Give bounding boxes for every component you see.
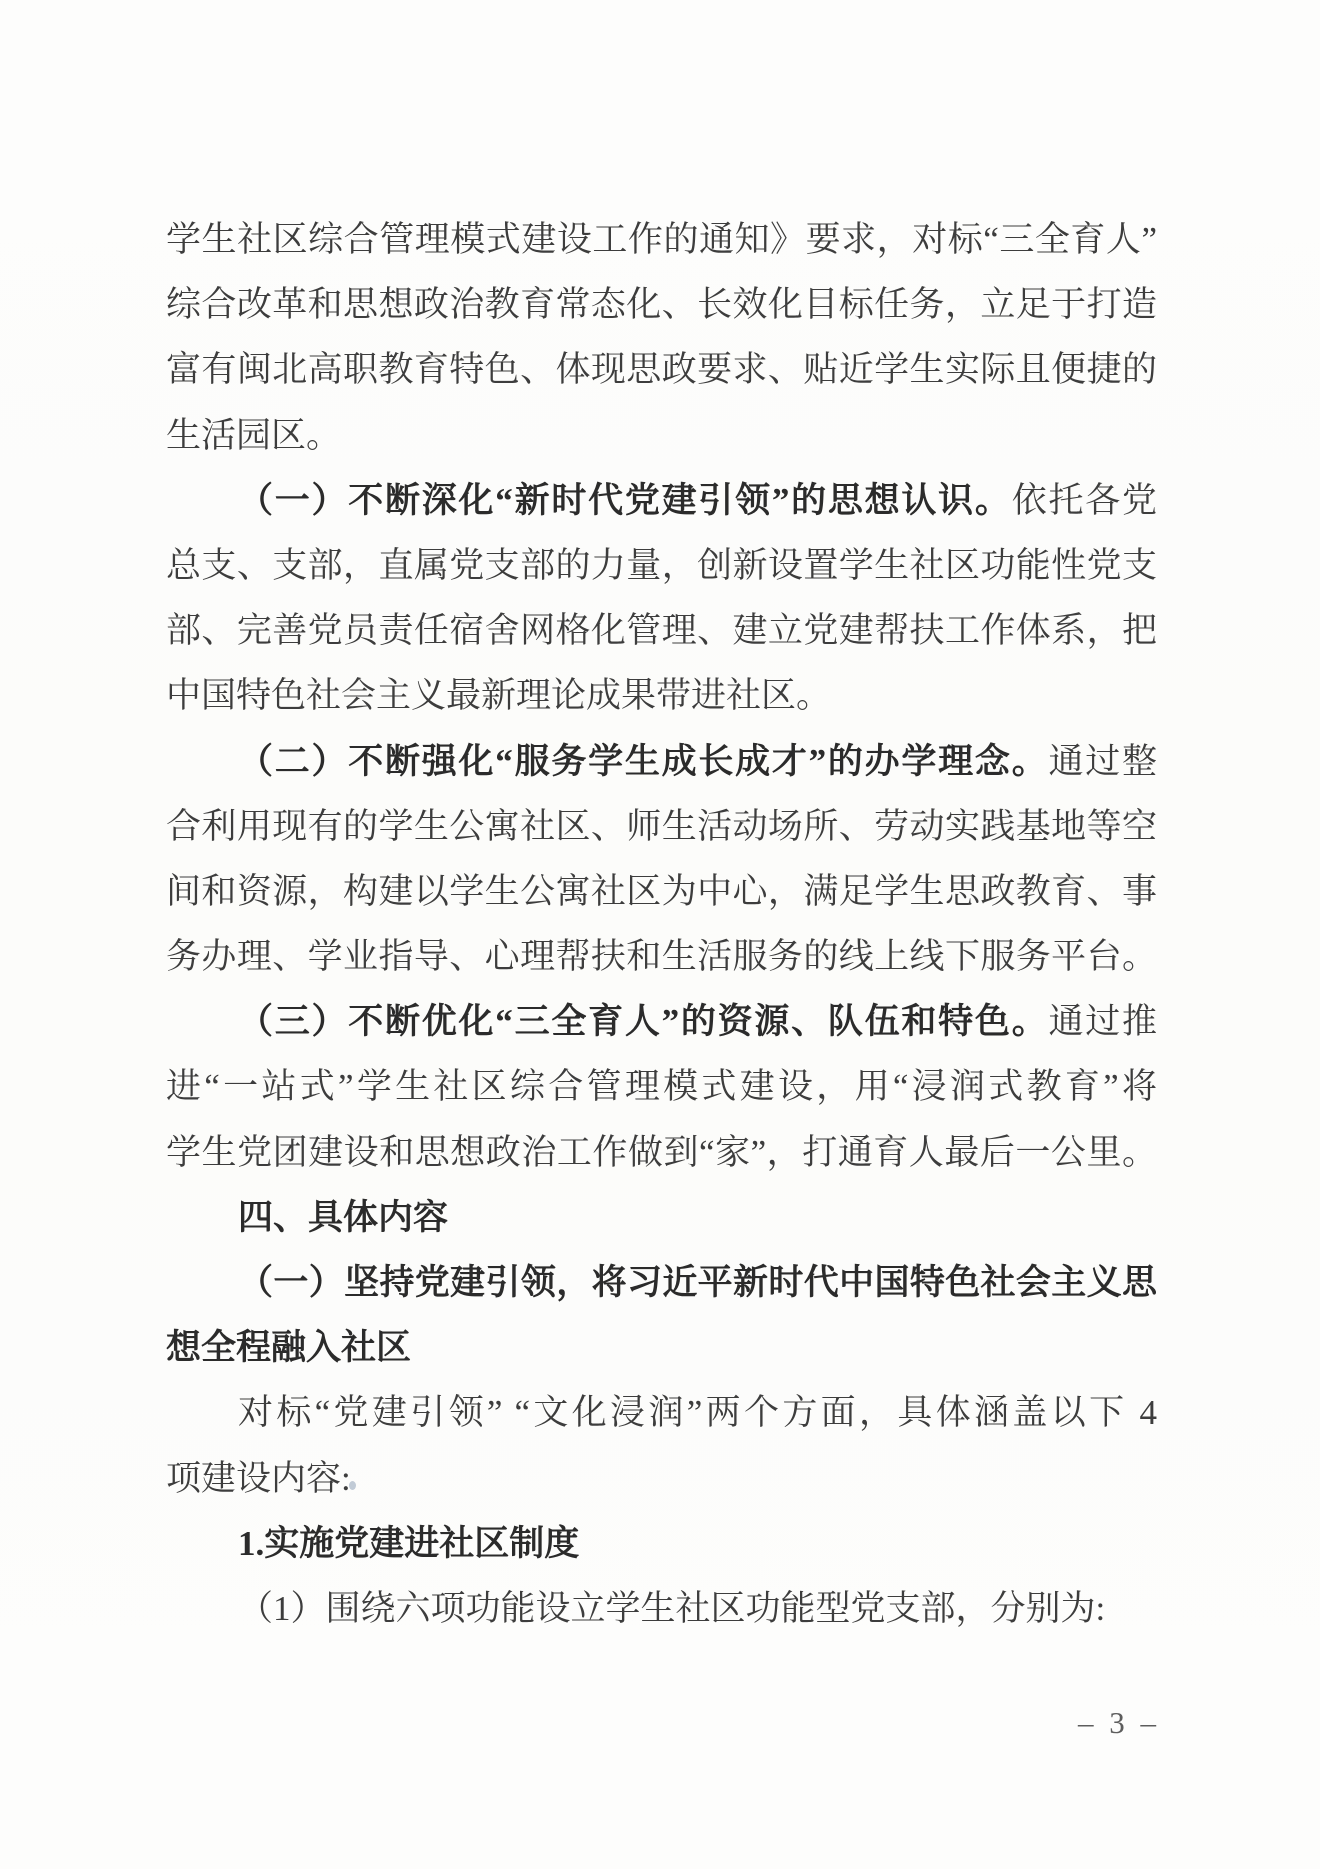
body-text: 学生党团建设和思想政治工作做到“家”，打通育人最后一公里。 — [166, 1133, 1157, 1172]
body-line: 部、完善党员责任宿舍网格化管理、建立党建帮扶工作体系，把 — [166, 598, 1157, 663]
subheading-text: （一）不断深化“新时代党建引领”的思想认识。 — [238, 481, 1012, 520]
body-text: 中国特色社会主义最新理论成果带进社区。 — [166, 676, 831, 715]
body-text: 通过整 — [1048, 742, 1157, 781]
page-number: – 3 – — [1078, 1705, 1160, 1741]
body-text: 综合改革和思想政治教育常态化、长效化目标任务，立足于打造 — [166, 285, 1157, 324]
body-text: 合利用现有的学生公寓社区、师生活动场所、劳动实践基地等空 — [166, 807, 1157, 846]
body-text: 总支、支部，直属党支部的力量，创新设置学生社区功能性党支 — [166, 546, 1157, 585]
body-line: 总支、支部，直属党支部的力量，创新设置学生社区功能性党支 — [166, 533, 1157, 598]
body-text: 生活园区。 — [166, 416, 341, 455]
section-heading-line: 四、具体内容 — [166, 1185, 1157, 1250]
scan-speck — [349, 1481, 356, 1490]
body-text: 间和资源，构建以学生公寓社区为中心，满足学生思政教育、事 — [166, 872, 1157, 911]
body-line: 务办理、学业指导、心理帮扶和生活服务的线上线下服务平台。 — [166, 924, 1157, 989]
body-line: 中国特色社会主义最新理论成果带进社区。 — [166, 663, 1157, 728]
body-line: 间和资源，构建以学生公寓社区为中心，满足学生思政教育、事 — [166, 859, 1157, 924]
body-text: 富有闽北高职教育特色、体现思政要求、贴近学生实际且便捷的 — [166, 350, 1157, 389]
paragraph-lead-line: （三）不断优化“三全育人”的资源、队伍和特色。通过推 — [166, 989, 1157, 1054]
subsection-heading-line: （一）坚持党建引领，将习近平新时代中国特色社会主义思 — [166, 1250, 1157, 1315]
item-heading-line: 1.实施党建进社区制度 — [166, 1511, 1157, 1576]
body-text: 学生社区综合管理模式建设工作的通知》要求，对标“三全育人” — [166, 220, 1157, 259]
paragraph-lead-line: （二）不断强化“服务学生成长成才”的办学理念。通过整 — [166, 729, 1157, 794]
body-text: 进“一站式”学生社区综合管理模式建设，用“浸润式教育”将 — [166, 1067, 1157, 1106]
subsection-heading-text: 想全程融入社区 — [166, 1328, 411, 1367]
body-line: 富有闽北高职教育特色、体现思政要求、贴近学生实际且便捷的 — [166, 337, 1157, 402]
body-line: 合利用现有的学生公寓社区、师生活动场所、劳动实践基地等空 — [166, 794, 1157, 859]
body-text: 务办理、学业指导、心理帮扶和生活服务的线上线下服务平台。 — [166, 937, 1157, 976]
body-text: 通过推 — [1048, 1002, 1157, 1041]
subheading-text: （二）不断强化“服务学生成长成才”的办学理念。 — [238, 742, 1048, 781]
body-text: （1）围绕六项功能设立学生社区功能型党支部，分别为: — [238, 1589, 1105, 1628]
body-line: （1）围绕六项功能设立学生社区功能型党支部，分别为: — [166, 1576, 1157, 1641]
subsection-heading-text: （一）坚持党建引领，将习近平新时代中国特色社会主义思 — [238, 1263, 1157, 1302]
body-line: 综合改革和思想政治教育常态化、长效化目标任务，立足于打造 — [166, 272, 1157, 337]
body-line: 对标“党建引领” “文化浸润”两个方面，具体涵盖以下 4 — [166, 1380, 1157, 1445]
body-text: 部、完善党员责任宿舍网格化管理、建立党建帮扶工作体系，把 — [166, 611, 1157, 650]
body-line: 项建设内容: — [166, 1446, 1157, 1511]
body-line: 学生党团建设和思想政治工作做到“家”，打通育人最后一公里。 — [166, 1120, 1157, 1185]
document-body: 学生社区综合管理模式建设工作的通知》要求，对标“三全育人” 综合改革和思想政治教… — [166, 207, 1157, 1641]
item-heading-text: 1.实施党建进社区制度 — [238, 1524, 579, 1563]
document-page: 学生社区综合管理模式建设工作的通知》要求，对标“三全育人” 综合改革和思想政治教… — [0, 0, 1320, 1869]
subheading-text: （三）不断优化“三全育人”的资源、队伍和特色。 — [238, 1002, 1048, 1041]
body-text: 项建设内容: — [166, 1459, 351, 1498]
body-line: 生活园区。 — [166, 403, 1157, 468]
body-text: 依托各党 — [1012, 481, 1157, 520]
body-line: 进“一站式”学生社区综合管理模式建设，用“浸润式教育”将 — [166, 1054, 1157, 1119]
subsection-heading-line: 想全程融入社区 — [166, 1315, 1157, 1380]
body-line: 学生社区综合管理模式建设工作的通知》要求，对标“三全育人” — [166, 207, 1157, 272]
paragraph-lead-line: （一）不断深化“新时代党建引领”的思想认识。依托各党 — [166, 468, 1157, 533]
section-heading-text: 四、具体内容 — [238, 1198, 448, 1237]
body-text: 对标“党建引领” “文化浸润”两个方面，具体涵盖以下 4 — [238, 1393, 1157, 1432]
